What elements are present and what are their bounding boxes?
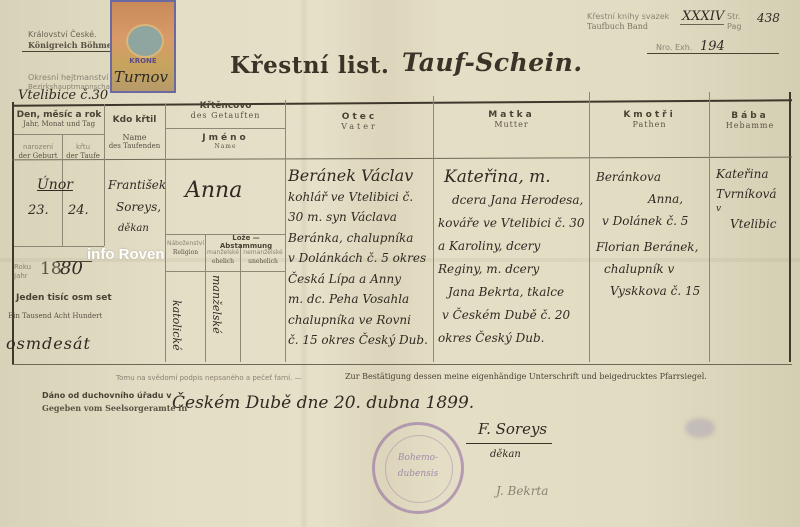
header-illegit: nemanželské unehelich <box>240 248 286 265</box>
page-label-cz: Str. <box>727 12 740 22</box>
stamp-emblem-icon <box>126 24 164 58</box>
place-value: Vtelibice č.30 <box>18 88 108 103</box>
header-godparents: Kmotři Pathen <box>590 110 709 129</box>
table-bottom-border <box>12 364 792 365</box>
exh-value: 194 <box>700 39 725 54</box>
page-label-de: Pag <box>727 22 741 32</box>
book-label-cz: Křestní knihy svazek <box>587 12 669 22</box>
entry-father: Beránek Václav kohlář ve Vtelibici č. 30… <box>288 166 436 351</box>
volume-underline <box>680 24 724 25</box>
entry-child-name: Anna <box>185 178 242 203</box>
entry-legitimacy: manželské <box>210 275 223 334</box>
issued-de: Gegeben vom Seelsorgeramte in <box>42 403 187 413</box>
header-baptism: křtu der Taufe <box>62 142 104 160</box>
header-birth: narození der Geburt <box>14 142 62 160</box>
entry-baptizer: František Soreys, děkan <box>108 174 166 240</box>
kingdom-cz: Království České. <box>28 30 97 40</box>
book-label-de: Taufbuch Band <box>587 22 648 32</box>
header-legit: manželské ehelich <box>206 248 240 265</box>
revenue-stamp: KRONE Turnov <box>110 0 176 93</box>
header-religion: Náboženství Religion <box>166 239 205 256</box>
entry-month: Únor <box>37 177 73 193</box>
exh-underline <box>647 53 779 54</box>
entry-godparents: Beránkova Anna, v Dolánek č. 5 Florian B… <box>596 166 711 302</box>
page-value: 438 <box>757 11 780 25</box>
ink-smudge <box>685 418 715 438</box>
entry-religion: katolické <box>170 300 183 351</box>
header-baptizer: Kdo křtil Name des Taufenden <box>104 115 165 150</box>
entry-midwife: Kateřina Tvrníková v Vtelibic <box>716 164 800 234</box>
year-handwritten: osmdesát <box>6 334 91 353</box>
subhead-divider <box>166 271 285 272</box>
watermark: info Roven <box>87 246 165 263</box>
subhead-divider <box>166 128 285 129</box>
title-de: Tauf-Schein. <box>402 48 583 77</box>
col-divider <box>285 100 286 362</box>
entry-baptism-day: 24. <box>68 203 89 218</box>
second-signature: J. Bekrta <box>496 484 548 498</box>
seal-text: Bohemo- <box>375 453 461 463</box>
subhead-divider <box>14 134 104 135</box>
attest-de: Zur Bestätigung dessen meine eigenhändig… <box>345 372 707 382</box>
header-midwife: Bába Hebamme <box>710 111 790 130</box>
parish-seal: Bohemo- dubensis <box>372 422 464 514</box>
stamp-label: KRONE <box>112 57 174 65</box>
seal-text: dubensis <box>375 469 461 479</box>
header-date: Den, měsíc a rok Jahr, Monat und Tag <box>14 110 104 128</box>
district-value: Turnov <box>114 68 168 86</box>
header-name: Jméno Name <box>166 133 285 150</box>
signature-line <box>466 443 552 444</box>
year-text-cz: Jeden tisíc osm set <box>16 293 112 303</box>
entry-mother: Kateřina, m. dcera Jana Herodesa, kováře… <box>438 166 590 350</box>
exh-label: Nro. Exh. <box>656 43 692 53</box>
signature-title: děkan <box>490 449 521 460</box>
year-text-de: Ein Tausend Acht Hundert <box>8 311 102 321</box>
issued-cz: Dáno od duchovního úřadu v <box>42 391 171 400</box>
issued-value: Českém Dubě dne 20. dubna 1899. <box>172 393 474 413</box>
book-volume: XXXIV <box>682 9 724 24</box>
header-father: Otec Vater <box>286 112 433 131</box>
header-baptized: Křtěncovo des Getauften <box>166 101 285 120</box>
year-prefix: 18 <box>40 259 62 279</box>
kingdom-underline <box>22 51 114 52</box>
header-mother: Matka Mutter <box>434 110 589 129</box>
entry-birth-day: 23. <box>28 203 49 218</box>
kingdom-de: Königreich Böhmen. <box>28 40 120 50</box>
signature: F. Soreys <box>478 420 547 438</box>
attest-cz: Tomu na svědomí podpis nepsaného a pečeť… <box>116 373 302 383</box>
year-label-de: Jahr <box>14 271 28 281</box>
title-cz: Křestní list. <box>230 52 389 79</box>
